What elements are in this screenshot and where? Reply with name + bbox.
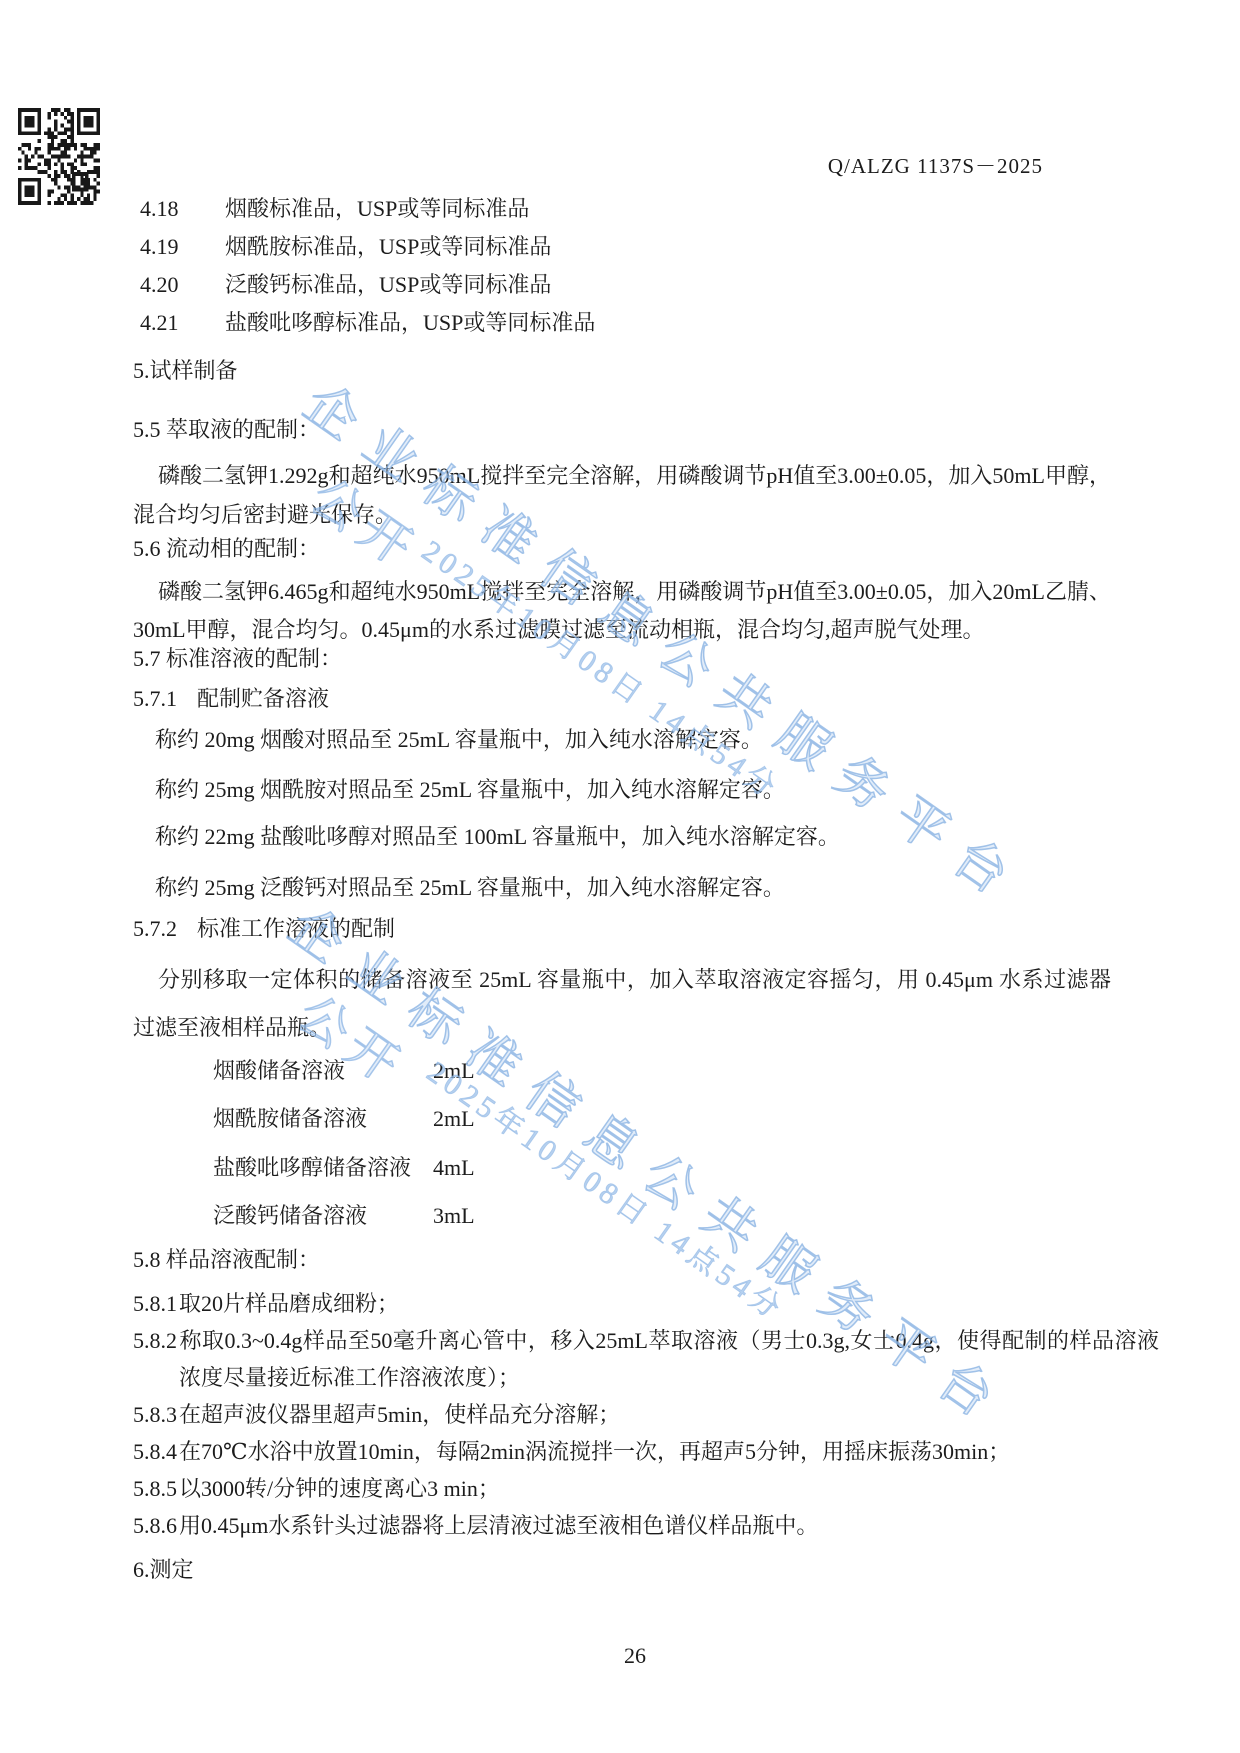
section-5-7-heading: 5.7 标准溶液的配制： (133, 646, 342, 672)
sample-step-text: 以3000转/分钟的速度离心3 min； (179, 1476, 500, 1501)
reagent-item: 4.18烟酸标准品，USP或等同标准品 (140, 196, 1100, 222)
sample-step-number: 5.8.1 (133, 1285, 179, 1322)
sample-step: 5.8.4在70℃水浴中放置10min，每隔2min涡流搅拌一次，再超声5分钟，… (133, 1433, 1159, 1470)
watermark-datetime-text: 2025年10月08日 14点54分 (415, 527, 790, 808)
volume-row-value: 2mL (433, 1058, 475, 1084)
section-5-7-1-heading: 5.7.1配制贮备溶液 (133, 686, 329, 712)
sample-step: 5.8.6用0.45μm水系针头过滤器将上层清液过滤至液相色谱仪样品瓶中。 (133, 1507, 1159, 1544)
sample-step-text: 在70℃水浴中放置10min，每隔2min涡流搅拌一次，再超声5分钟，用摇床振荡… (179, 1439, 1010, 1464)
section-5-7-2-title: 标准工作溶液的配制 (197, 916, 395, 941)
reagent-item-label: 泛酸钙标准品，USP或等同标准品 (225, 272, 551, 297)
volume-row-value: 4mL (433, 1155, 475, 1181)
stock-solution-step: 称约 25mg 泛酸钙对照品至 25mL 容量瓶中，加入纯水溶解定容。 (155, 875, 1105, 901)
qr-code (18, 108, 100, 205)
stock-solution-step: 称约 25mg 烟酰胺对照品至 25mL 容量瓶中，加入纯水溶解定容。 (155, 777, 1105, 803)
section-5-5-heading: 5.5 萃取液的配制： (133, 417, 320, 443)
stock-solution-step: 称约 22mg 盐酸吡哆醇对照品至 100mL 容量瓶中，加入纯水溶解定容。 (155, 824, 1105, 850)
sample-step-number: 5.8.3 (133, 1396, 179, 1433)
volume-row-name: 烟酸储备溶液 (213, 1058, 345, 1084)
section-6-title: 6.测定 (133, 1557, 194, 1583)
section-5-5-body: 磷酸二氢钾1.292g和超纯水950mL搅拌至完全溶解，用磷酸调节pH值至3.0… (133, 456, 1111, 534)
page-number: 26 (0, 1643, 1240, 1669)
section-5-7-2-body: 分别移取一定体积的储备溶液至 25mL 容量瓶中，加入萃取溶液定容摇匀，用 0.… (133, 956, 1111, 1052)
reagent-item-number: 4.20 (140, 272, 225, 298)
sample-step-text: 取20片样品磨成细粉； (179, 1291, 399, 1316)
qr-code-image (18, 108, 100, 205)
sample-step: 5.8.5以3000转/分钟的速度离心3 min； (133, 1470, 1159, 1507)
reagent-item-number: 4.18 (140, 196, 225, 222)
reagent-item-number: 4.21 (140, 310, 225, 336)
reagent-item-number: 4.19 (140, 234, 225, 260)
section-5-8-heading: 5.8 样品溶液配制： (133, 1247, 320, 1273)
sample-step-number: 5.8.6 (133, 1507, 179, 1544)
reagent-item: 4.21盐酸吡哆醇标准品，USP或等同标准品 (140, 310, 1100, 336)
sample-step-text: 称取0.3~0.4g样品至50毫升离心管中，移入25mL萃取溶液（男士0.3g,… (179, 1328, 1159, 1390)
section-5-7-2-heading: 5.7.2标准工作溶液的配制 (133, 916, 395, 942)
sample-step-number: 5.8.4 (133, 1433, 179, 1470)
section-5-7-1-title: 配制贮备溶液 (197, 686, 329, 711)
sample-step-number: 5.8.5 (133, 1470, 179, 1507)
reagent-item: 4.20泛酸钙标准品，USP或等同标准品 (140, 272, 1100, 298)
reagent-item: 4.19烟酰胺标准品，USP或等同标准品 (140, 234, 1100, 260)
sample-step: 5.8.2称取0.3~0.4g样品至50毫升离心管中，移入25mL萃取溶液（男士… (133, 1322, 1159, 1396)
reagent-item-label: 盐酸吡哆醇标准品，USP或等同标准品 (225, 310, 595, 335)
volume-row-name: 烟酰胺储备溶液 (213, 1106, 367, 1132)
volume-row-name: 泛酸钙储备溶液 (213, 1203, 367, 1229)
section-5-7-2-number: 5.7.2 (133, 916, 197, 942)
document-page: Q/ALZG 1137S－2025 4.18烟酸标准品，USP或等同标准品 4.… (0, 0, 1240, 1753)
section-5-6-heading: 5.6 流动相的配制： (133, 536, 320, 562)
reagent-item-label: 烟酸标准品，USP或等同标准品 (225, 196, 529, 221)
volume-row-name: 盐酸吡哆醇储备溶液 (213, 1155, 411, 1181)
sample-step-number: 5.8.2 (133, 1322, 179, 1359)
volume-row-value: 2mL (433, 1106, 475, 1132)
sample-step: 5.8.3在超声波仪器里超声5min，使样品充分溶解； (133, 1396, 1159, 1433)
stock-solution-step: 称约 20mg 烟酸对照品至 25mL 容量瓶中，加入纯水溶解定容。 (155, 727, 1105, 753)
sample-step: 5.8.1取20片样品磨成细粉； (133, 1285, 1159, 1322)
sample-step-text: 用0.45μm水系针头过滤器将上层清液过滤至液相色谱仪样品瓶中。 (179, 1513, 818, 1538)
volume-row-value: 3mL (433, 1203, 475, 1229)
section-5-6-body: 磷酸二氢钾6.465g和超纯水950mL搅拌至完全溶解，用磷酸调节pH值至3.0… (133, 573, 1111, 649)
sample-step-text: 在超声波仪器里超声5min，使样品充分溶解； (179, 1402, 620, 1427)
section-5-title: 5.试样制备 (133, 358, 238, 384)
doc-number: Q/ALZG 1137S－2025 (828, 150, 1043, 180)
section-5-7-1-number: 5.7.1 (133, 686, 197, 712)
reagent-item-label: 烟酰胺标准品，USP或等同标准品 (225, 234, 551, 259)
